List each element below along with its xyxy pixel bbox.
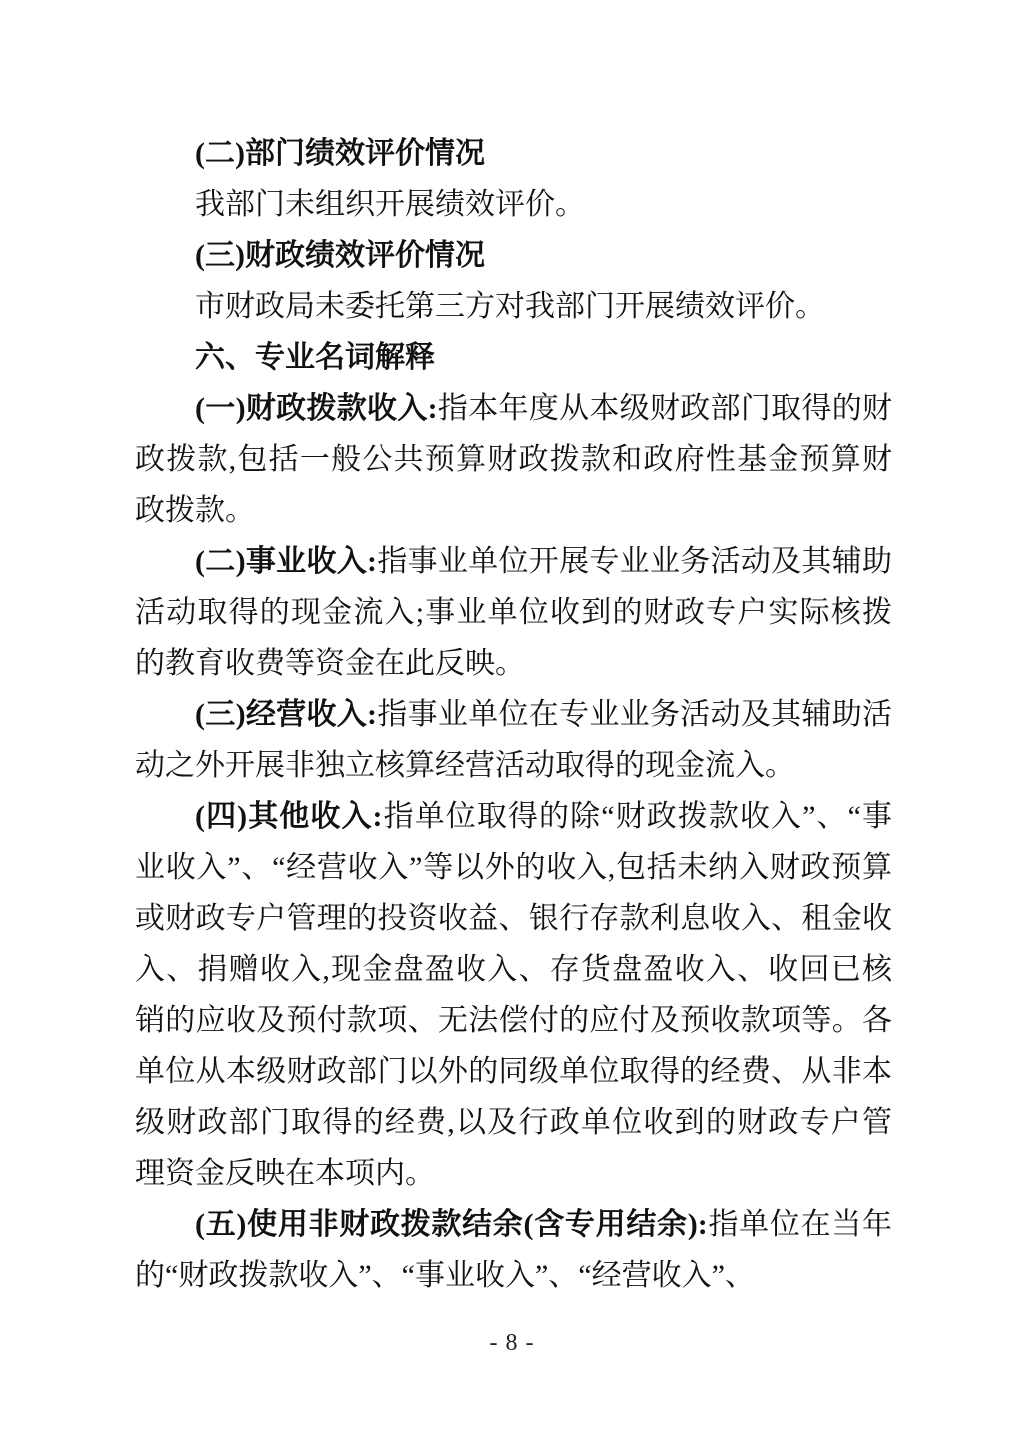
term-paragraph: (二)事业收入:指事业单位开展专业业务活动及其辅助活动取得的现金流入;事业单位收… [135,536,892,689]
document-page: (二)部门绩效评价情况我部门未组织开展绩效评价。(三)财政绩效评价情况市财政局未… [0,0,1024,1448]
term-definition: 指单位取得的除“财政拨款收入”、“事业收入”、“经营收入”等以外的收入,包括未纳… [135,800,892,1190]
term-paragraph: (一)财政拨款收入:指本年度从本级财政部门取得的财政拨款,包括一般公共预算财政拨… [135,383,892,536]
term-lead: (二)事业收入: [195,545,377,578]
subsection-heading: (三)财政绩效评价情况 [135,230,892,281]
section-heading: 六、专业名词解释 [135,332,892,383]
paragraph: 市财政局未委托第三方对我部门开展绩效评价。 [135,281,892,332]
term-paragraph: (四)其他收入:指单位取得的除“财政拨款收入”、“事业收入”、“经营收入”等以外… [135,791,892,1199]
paragraph: 我部门未组织开展绩效评价。 [135,179,892,230]
term-lead: (五)使用非财政拨款结余(含专用结余): [195,1208,708,1241]
term-lead: (一)财政拨款收入: [195,392,438,425]
term-paragraph: (三)经营收入:指事业单位在专业业务活动及其辅助活动之外开展非独立核算经营活动取… [135,689,892,791]
term-paragraph: (五)使用非财政拨款结余(含专用结余):指单位在当年的“财政拨款收入”、“事业收… [135,1199,892,1301]
term-lead: (四)其他收入: [195,800,383,833]
subsection-heading: (二)部门绩效评价情况 [135,128,892,179]
page-number: - 8 - [0,1328,1024,1358]
document-body: (二)部门绩效评价情况我部门未组织开展绩效评价。(三)财政绩效评价情况市财政局未… [135,128,892,1301]
term-lead: (三)经营收入: [195,698,377,731]
